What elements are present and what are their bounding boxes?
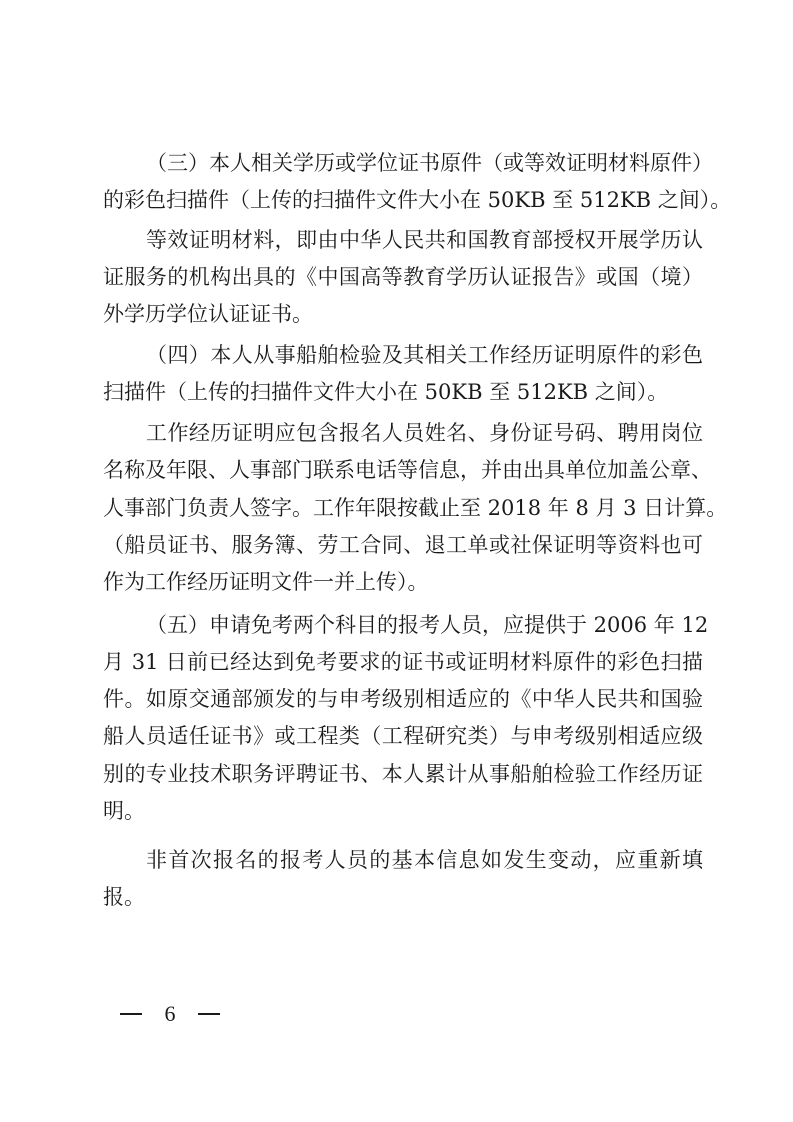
page-number: 6 (165, 999, 176, 1029)
paragraph-equivalent-proof-line-1: 等效证明材料，即由中华人民共和国教育部授权开展学历认 (146, 225, 703, 255)
paragraph-item-3-line-1: （三）本人相关学历或学位证书原件（或等效证明材料原件） (146, 148, 703, 178)
paragraph-non-first-registration-line-1: 非首次报名的报考人员的基本信息如发生变动，应重新填 (146, 845, 703, 875)
dash-right (198, 1013, 220, 1015)
dash-left (120, 1013, 142, 1015)
paragraph-item-5-line-5: 别的专业技术职务评聘证书、本人累计从事船舶检验工作经历证 (103, 759, 703, 789)
paragraph-work-proof-line-5: 作为工作经历证明文件一并上传）。 (103, 567, 703, 597)
paragraph-item-3-line-2: 的彩色扫描件（上传的扫描件文件大小在 50KB 至 512KB 之间）。 (103, 185, 703, 215)
paragraph-item-5-line-3: 件。如原交通部颁发的与申考级别相适应的《中华人民共和国验 (103, 684, 703, 714)
paragraph-item-5-line-2: 月 31 日前已经达到免考要求的证书或证明材料原件的彩色扫描 (103, 647, 703, 677)
paragraph-work-proof-line-4: （船员证书、服务簿、劳工合同、退工单或社保证明等资料也可 (103, 530, 703, 560)
paragraph-equivalent-proof-line-2: 证服务的机构出具的《中国高等教育学历认证报告》或国（境） (103, 262, 703, 292)
paragraph-item-4-line-1: （四）本人从事船舶检验及其相关工作经历证明原件的彩色 (146, 340, 703, 370)
paragraph-item-5-line-6: 明。 (103, 796, 703, 826)
paragraph-non-first-registration-line-2: 报。 (103, 882, 703, 912)
paragraph-work-proof-line-2: 名称及年限、人事部门联系电话等信息，并由出具单位加盖公章、 (103, 455, 703, 485)
paragraph-item-5-line-1: （五）申请免考两个科目的报考人员，应提供于 2006 年 12 (146, 610, 703, 640)
paragraph-item-5-line-4: 船人员适任证书》或工程类（工程研究类）与申考级别相适应级 (103, 721, 703, 751)
paragraph-item-4-line-2: 扫描件（上传的扫描件文件大小在 50KB 至 512KB 之间）。 (103, 377, 703, 407)
paragraph-work-proof-line-3: 人事部门负责人签字。工作年限按截止至 2018 年 8 月 3 日计算。 (103, 493, 703, 523)
document-page: （三）本人相关学历或学位证书原件（或等效证明材料原件） 的彩色扫描件（上传的扫描… (0, 0, 793, 1122)
page-number-footer: 6 (120, 999, 220, 1029)
paragraph-equivalent-proof-line-3: 外学历学位认证证书。 (103, 299, 703, 329)
paragraph-work-proof-line-1: 工作经历证明应包含报名人员姓名、身份证号码、聘用岗位 (146, 418, 703, 448)
